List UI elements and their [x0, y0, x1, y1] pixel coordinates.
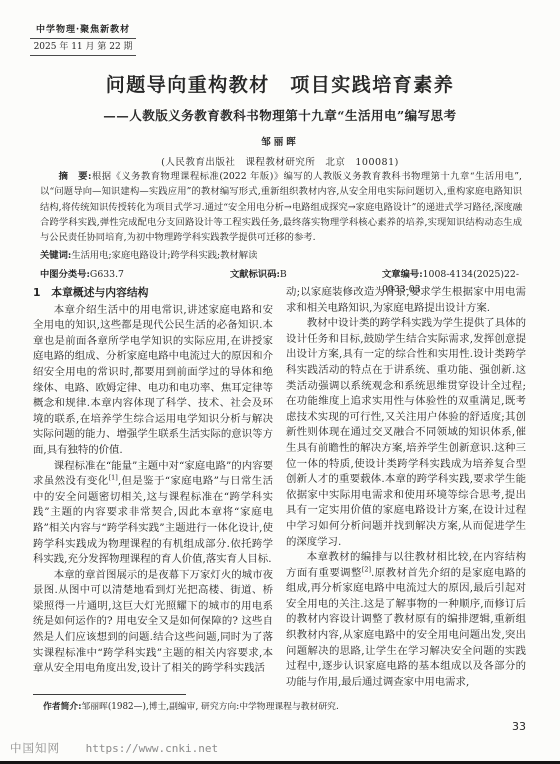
- body-paragraph: 动;以家庭装修改造为背景,要求学生根据家中用电需求和相关电路知识,为家庭电路提出…: [286, 285, 526, 316]
- right-column: 动;以家庭装修改造为背景,要求学生根据家中用电需求和相关电路知识,为家庭电路提出…: [286, 285, 526, 690]
- left-column-text: 本章介绍生活中的用电常识,讲述家庭电路和安全用电的知识,这些都是现代公民生活的必…: [33, 303, 273, 677]
- author-bio-label: 作者简介:: [43, 702, 81, 712]
- journal-header: 中学物理·聚焦新教材 2025 年 11 月 第 22 期: [30, 24, 136, 56]
- keywords-text: 生活用电;家庭电路设计;跨学科实践;教材解读: [71, 250, 257, 261]
- left-column: 1 本章概述与内容结构 本章介绍生活中的用电常识,讲述家庭电路和安全用电的知识,…: [33, 285, 273, 690]
- cnki-site-name: 中国知网: [10, 741, 60, 755]
- abstract-text: 根据《义务教育物理课程标准(2022 年版)》编写的人教版义务教育教科书物理第十…: [40, 171, 522, 243]
- keywords: 关键词:生活用电;家庭电路设计;跨学科实践;教材解读: [40, 248, 522, 263]
- author-bio-text: 邹丽晖(1982—),博士,副编审, 研究方向:中学物理课程与教材研究.: [81, 702, 338, 712]
- article-title: 问题导向重构教材 项目实践培育素养: [0, 70, 560, 97]
- journal-name: 中学物理·聚焦新教材: [30, 24, 136, 39]
- abstract: 摘 要:根据《义务教育物理课程标准(2022 年版)》编写的人教版义务教育教科书…: [40, 169, 522, 245]
- footnote-separator: [33, 694, 186, 695]
- body-paragraph: 本章的章首图展示的是夜幕下万家灯火的城市夜景图.从图中可以清楚地看到灯光把高楼、…: [33, 568, 273, 677]
- article-subtitle: ——人教版义务教育教科书物理第十九章“生活用电”编写思考: [0, 106, 560, 124]
- right-column-text: 动;以家庭装修改造为背景,要求学生根据家中用电需求和相关电路知识,为家庭电路提出…: [286, 285, 526, 690]
- title-block: 问题导向重构教材 项目实践培育素养 ——人教版义务教育教科书物理第十九章“生活用…: [0, 70, 560, 168]
- author-bio: 作者简介:邹丽晖(1982—),博士,副编审, 研究方向:中学物理课程与教材研究…: [33, 701, 527, 713]
- article-affiliation: (人民教育出版社 课程教材研究所 北京 100081): [0, 154, 560, 168]
- article-author: 邹丽晖: [0, 134, 560, 148]
- page-number: 33: [512, 720, 526, 733]
- cnki-watermark: 中国知网 https://www.cnki.net: [10, 740, 218, 756]
- abstract-label: 摘 要:: [59, 171, 92, 182]
- body-paragraph: 教材中设计类的跨学科实践为学生提供了具体的设计任务和目标,鼓励学生结合实际需求,…: [286, 316, 526, 550]
- cnki-url: https://www.cnki.net: [86, 742, 218, 755]
- author-bio-footnote: 作者简介:邹丽晖(1982—),博士,副编审, 研究方向:中学物理课程与教材研究…: [33, 694, 527, 713]
- meta-block: 摘 要:根据《义务教育物理课程标准(2022 年版)》编写的人教版义务教育教科书…: [40, 169, 522, 297]
- section-heading: 1 本章概述与内容结构: [33, 285, 273, 301]
- body-paragraph: 本章介绍生活中的用电常识,讲述家庭电路和安全用电的知识,这些都是现代公民生活的必…: [33, 303, 273, 459]
- body-paragraph: 课程标准在“能量”主题中对“家庭电路”的内容要求虽然没有变化[1],但是鉴于“家…: [33, 459, 273, 568]
- body-columns: 1 本章概述与内容结构 本章介绍生活中的用电常识,讲述家庭电路和安全用电的知识,…: [33, 285, 527, 690]
- keywords-label: 关键词:: [40, 250, 71, 261]
- journal-issue: 2025 年 11 月 第 22 期: [30, 39, 136, 56]
- body-paragraph: 本章教材的编排与以往教材相比较,在内容结构方面有重要调整[2].原教材首先介绍的…: [286, 550, 526, 690]
